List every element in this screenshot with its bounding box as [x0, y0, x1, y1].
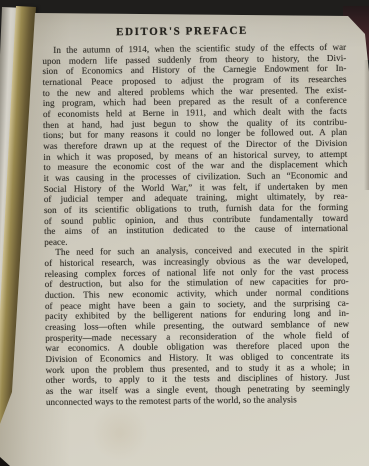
page-edge-shadow: [364, 60, 369, 190]
book-photo: EDITOR'S PREFACE In the autumn of 1914, …: [0, 0, 369, 466]
paragraph: In the autumn of 1914, when the scientif…: [42, 42, 348, 248]
page-title: EDITOR'S PREFACE: [30, 24, 334, 39]
text-line: unconnected ways to the remotest parts o…: [46, 393, 350, 407]
page-text: EDITOR'S PREFACE In the autumn of 1914, …: [42, 24, 350, 407]
book-page: EDITOR'S PREFACE In the autumn of 1914, …: [0, 0, 369, 466]
page-paragraphs: In the autumn of 1914, when the scientif…: [42, 42, 350, 407]
paragraph: The need for such an analysis, conceived…: [44, 244, 350, 407]
